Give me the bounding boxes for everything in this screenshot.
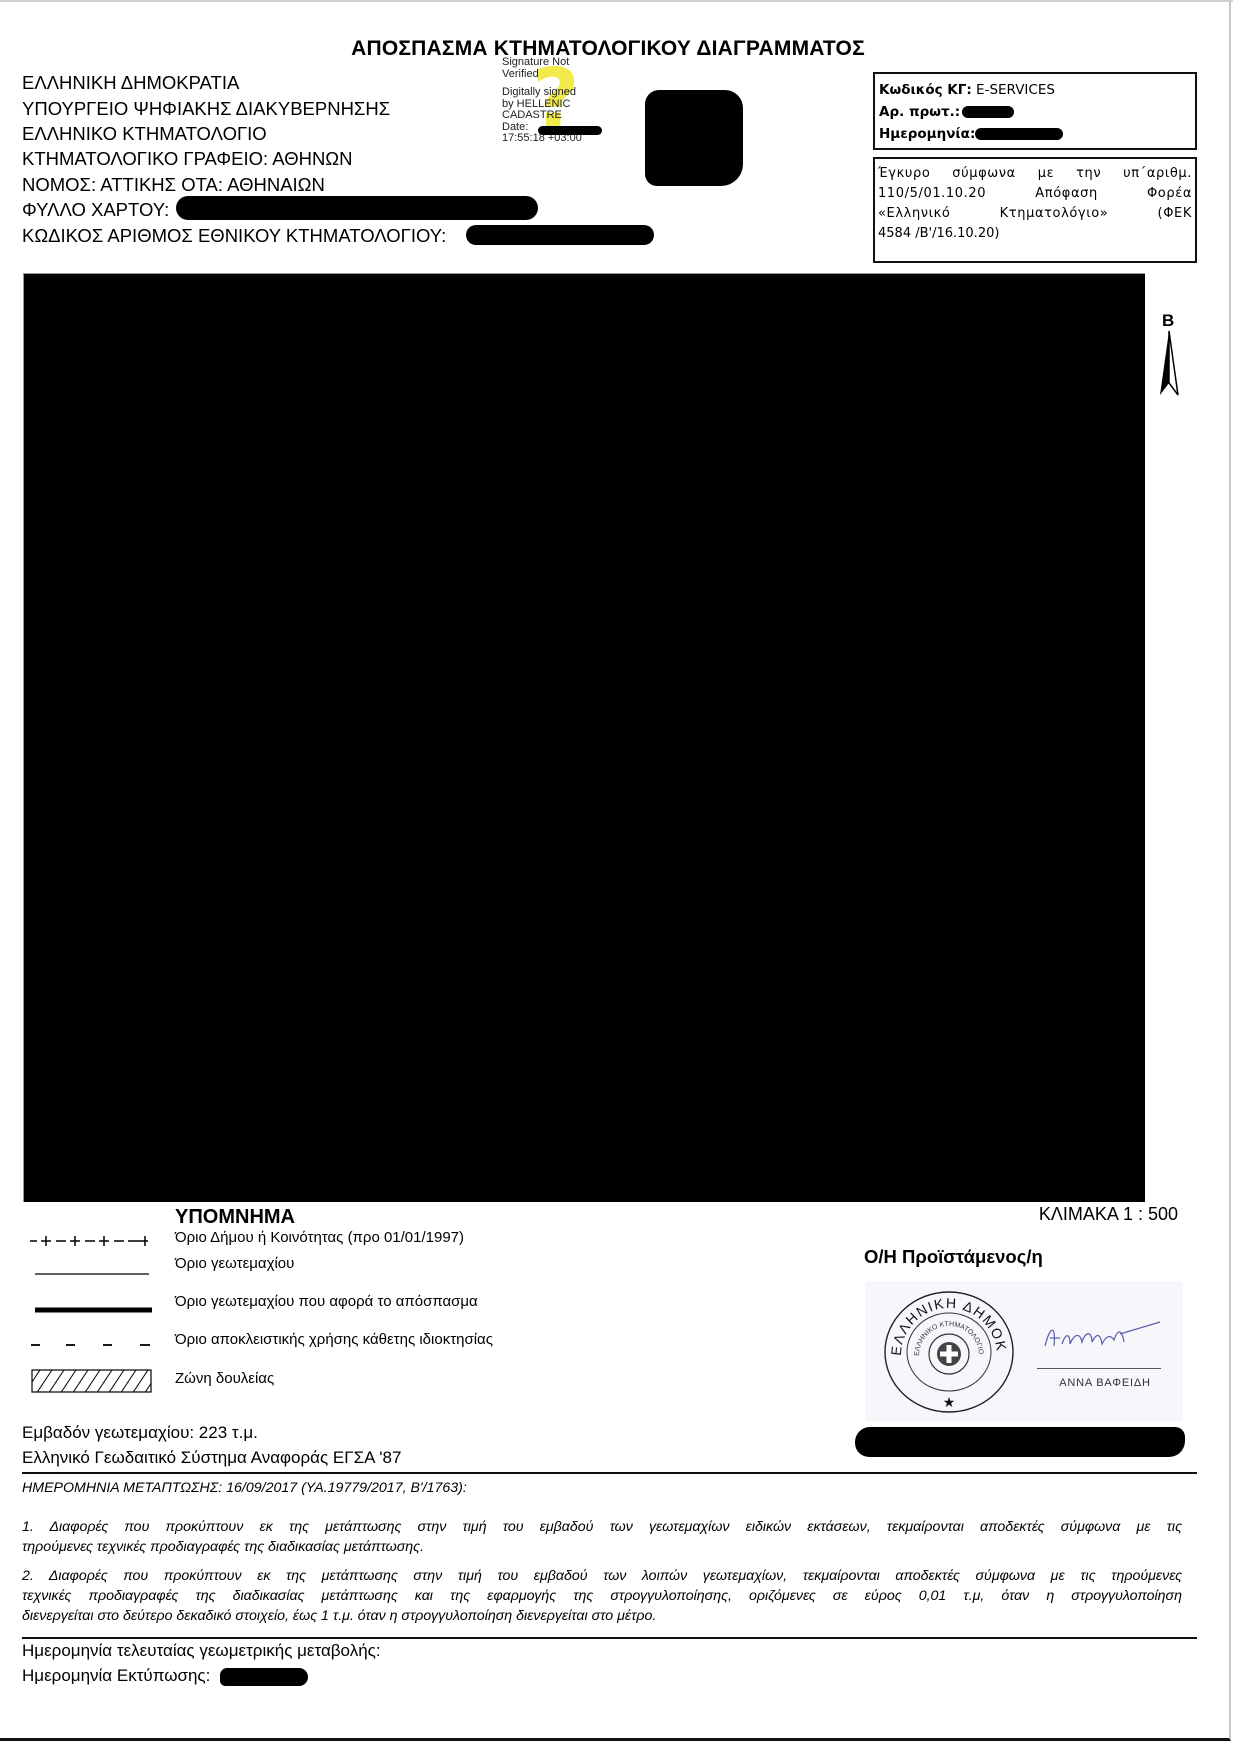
redaction-signatory-footer [855, 1427, 1185, 1457]
signatory-role: Ο/Η Προϊστάμενος/η [864, 1246, 1043, 1268]
map-scale: ΚΛΙΜΑΚΑ 1 : 500 [1000, 1204, 1178, 1225]
redaction-signature-date [538, 126, 602, 135]
dash-plus-line-icon [30, 1227, 152, 1253]
note-line: 1. Διαφορές που προκύπτουν εκ της μετάπτ… [22, 1517, 1182, 1537]
legend-item: Όριο γεωτεμαχίου που αφορά το απόσπασμα [30, 1291, 550, 1317]
validity-line: 110/5/01.10.20 Απόφαση Φορέα [878, 184, 1192, 204]
divider [22, 1637, 1197, 1639]
legend-item: Ζώνη δουλείας [30, 1368, 550, 1394]
validity-line: 4584 /Β'/16.10.20) [878, 224, 1192, 244]
signature-line: Digitally signed [502, 86, 576, 98]
page-top-edge [0, 0, 1233, 2]
signature-line [1037, 1368, 1161, 1369]
header-kaek: ΚΩΔΙΚΟΣ ΑΡΙΘΜΟΣ ΕΘΝΙΚΟΥ ΚΤΗΜΑΤΟΛΟΓΙΟΥ: [22, 225, 446, 247]
legend-label: Όριο αποκλειστικής χρήσης κάθετης ιδιοκτ… [175, 1331, 493, 1348]
dashed-line-icon [30, 1329, 152, 1355]
note-line: τεχνικές προδιαγραφές της διαδικασίας με… [22, 1586, 1182, 1606]
redaction-map-sheet [176, 196, 538, 220]
note-1: 1. Διαφορές που προκύπτουν εκ της μετάπτ… [22, 1517, 1182, 1557]
validity-line: «Ελληνικό Κτηματολόγιο» (ΦΕΚ [878, 204, 1192, 224]
validity-line: Έγκυρο σύμφωνα με την υπ΄αριθμ. [878, 164, 1192, 184]
print-date-label: Ημερομηνία Εκτύπωσης: [22, 1666, 210, 1686]
legend-label: Όριο γεωτεμαχίου [175, 1255, 294, 1272]
cadastral-map-redacted [23, 273, 1145, 1202]
digital-signature-widget[interactable]: ? Signature Not Verified Digitally signe… [502, 57, 612, 157]
legend-label: Όριο γεωτεμαχίου που αφορά το απόσπασμα [175, 1293, 478, 1310]
signature-line: by HELLENIC [502, 98, 570, 110]
note-line: τηρούμενες τεχνικές προδιαγραφές της δια… [22, 1539, 424, 1555]
header-prefecture: ΝΟΜΟΣ: ΑΤΤΙΚΗΣ ΟΤΑ: ΑΘΗΝΑΙΩΝ [22, 174, 325, 196]
thin-line-icon [30, 1253, 152, 1279]
header-republic: ΕΛΛΗΝΙΚΗ ΔΗΜΟΚΡΑΤΙΑ [22, 72, 239, 94]
hatched-box-icon [30, 1368, 152, 1394]
signature-line: Verified [502, 68, 539, 80]
handwritten-signature [1040, 1316, 1170, 1356]
legend-item: Όριο Δήμου ή Κοινότητας (προ 01/01/1997) [30, 1227, 550, 1253]
signature-line: CADASTRE [502, 109, 562, 121]
legend-item: Όριο γεωτεμαχίου [30, 1253, 550, 1279]
redaction-date [975, 128, 1063, 140]
stamp-and-signature: ΕΛΛΗΝΙΚΗ ΔΗΜΟΚΡΑΤΙΑ ΕΛΛΗΝΙΚΟ ΚΤΗΜΑΤΟΛΟΓΙ… [865, 1281, 1183, 1421]
validity-box: Έγκυρο σύμφωνα με την υπ΄αριθμ. 110/5/01… [873, 157, 1197, 263]
divider [22, 1472, 1197, 1474]
header-office: ΚΤΗΜΑΤΟΛΟΓΙΚΟ ΓΡΑΦΕΙΟ: ΑΘΗΝΩΝ [22, 148, 353, 170]
redaction-qr [645, 90, 743, 186]
date-label: Ημερομηνία: [879, 126, 975, 142]
legend-title: ΥΠΟΜΝΗΜΑ [175, 1206, 295, 1229]
last-geometric-change: Ημερομηνία τελευταίας γεωμετρικής μεταβο… [22, 1641, 381, 1661]
redaction-kaek [466, 225, 654, 245]
code-label: Κωδικός ΚΓ: [879, 82, 972, 98]
note-line: διενεργείται στο δεύτερο δεκαδικό στοιχε… [22, 1608, 656, 1624]
reference-system: Ελληνικό Γεωδαιτικό Σύστημα Αναφοράς ΕΓΣ… [22, 1448, 401, 1468]
signatory-name: ΑΝΝΑ ΒΑΦΕΙΔΗ [1040, 1377, 1170, 1389]
legend-item: Όριο αποκλειστικής χρήσης κάθετης ιδιοκτ… [30, 1329, 550, 1355]
reference-box: Κωδικός ΚΓ: E-SERVICES Αρ. πρωτ.: Ημερομ… [873, 72, 1197, 150]
note-line: 2. Διαφορές που προκύπτουν εκ της μετάπτ… [22, 1566, 1182, 1586]
signature-line: Signature Not [502, 56, 569, 68]
conversion-date: ΗΜΕΡΟΜΗΝΙΑ ΜΕΤΑΠΤΩΣΗΣ: 16/09/2017 (ΥΑ.19… [22, 1478, 1182, 1498]
thick-line-icon [30, 1291, 152, 1317]
legend-label: Ζώνη δουλείας [175, 1370, 274, 1387]
legend-label: Όριο Δήμου ή Κοινότητας (προ 01/01/1997) [175, 1229, 464, 1246]
north-arrow: Β [1158, 311, 1180, 397]
svg-text:★: ★ [943, 1394, 956, 1410]
header-ministry: ΥΠΟΥΡΓΕΙΟ ΨΗΦΙΑΚΗΣ ΔΙΑΚΥΒΕΡΝΗΣΗΣ [22, 98, 390, 120]
header-cadastre: ΕΛΛΗΝΙΚΟ ΚΤΗΜΑΤΟΛΟΓΙΟ [22, 123, 267, 145]
note-2: 2. Διαφορές που προκύπτουν εκ της μετάπτ… [22, 1566, 1182, 1626]
protocol-label: Αρ. πρωτ.: [879, 104, 960, 120]
north-arrow-icon [1158, 311, 1180, 397]
redaction-protocol [962, 106, 1014, 118]
code-value: E-SERVICES [972, 82, 1055, 98]
signature-line: Date: [502, 121, 528, 133]
official-seal-icon: ΕΛΛΗΝΙΚΗ ΔΗΜΟΚΡΑΤΙΑ ΕΛΛΗΝΙΚΟ ΚΤΗΜΑΤΟΛΟΓΙ… [879, 1286, 1019, 1416]
redaction-print-date [220, 1668, 308, 1686]
header-map-sheet: ΦΥΛΛΟ ΧΑΡΤΟΥ: [22, 199, 169, 221]
parcel-area: Εμβαδόν γεωτεμαχίου: 223 τ.μ. [22, 1423, 258, 1443]
